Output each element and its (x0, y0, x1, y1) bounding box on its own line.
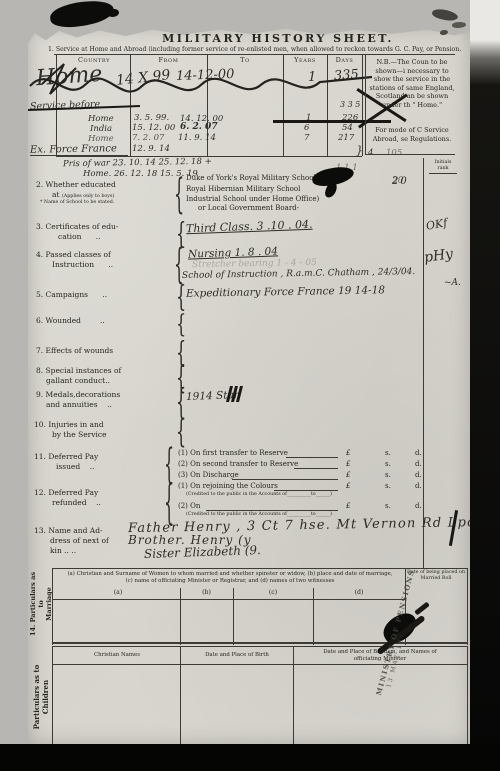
dots: .. (100, 316, 105, 325)
strike-line (273, 120, 391, 123)
pence: d. (415, 502, 422, 510)
table-border (52, 568, 53, 645)
section9-label: 9. Medals,decorations (36, 390, 120, 399)
section-number: 13. (34, 526, 46, 535)
pence: d. (415, 482, 422, 490)
shillings: s. (385, 482, 391, 490)
marriage-header: (c) name of officiating Minister or Regi… (60, 578, 400, 584)
pence: d. (415, 449, 422, 457)
service-overflow: Pris of war 23. 10. 14 25. 12. 18 + (63, 157, 212, 170)
section12-label: 12. Deferred Pay (34, 488, 98, 497)
section-number: 9. (36, 390, 43, 399)
service-entry: 11. 9. 14 (178, 133, 216, 143)
ink-blot (108, 9, 119, 17)
service-entry: } (356, 144, 363, 157)
service-entry: 6. 2. 07 (180, 122, 218, 132)
section-text: issued (56, 462, 80, 471)
service-entry: 15. 12. 00 (132, 123, 175, 133)
service-entry: 54 (342, 123, 353, 133)
table-border (52, 646, 53, 746)
section8-label: 8. Special instances of (36, 366, 121, 375)
section-number: 6. (36, 316, 43, 325)
service-entry: 105 (386, 148, 402, 158)
section-number: 7. (36, 346, 43, 355)
marriage-col-c: (c) (233, 589, 313, 596)
dots: .. (108, 260, 113, 269)
scanned-document: MILITARY HISTORY SHEET. 1. Service at Ho… (0, 0, 500, 771)
scan-bottom-edge (0, 744, 500, 771)
section-number: 3. (36, 222, 43, 231)
section9-label: and annuities .. (46, 400, 112, 409)
smudge (452, 22, 466, 28)
brace: { (176, 413, 186, 451)
nb-box-border (365, 54, 366, 154)
section13-label: 13. Name and Ad- (34, 526, 103, 535)
section-text: Special instances of (46, 366, 122, 375)
dots: .. (96, 498, 101, 507)
table-divider (180, 646, 181, 746)
section13-label: dress of next of (50, 536, 109, 545)
ink-streak (414, 602, 430, 616)
section2-label: 2. Whether educated (36, 180, 116, 189)
deferred-item: (1) On first transfer to Reserve (178, 449, 288, 457)
pounds: £ (346, 460, 350, 468)
section-text: Certificates of edu- (46, 222, 119, 231)
section6-label: 6. Wounded .. (36, 316, 105, 325)
table-divider (180, 588, 181, 645)
children-side-label: Particulars as to Children (32, 654, 50, 740)
section-text: Whether educated (46, 180, 116, 189)
credit-note: (Credited to the public in the Accounts … (186, 512, 332, 517)
service-entry: 217 (338, 133, 354, 143)
section-text: at (52, 190, 60, 199)
deferred-item: (1) On rejoining the Colours (178, 482, 278, 490)
initials-box-label: rank (427, 166, 459, 171)
section-text: Wounded (46, 316, 81, 325)
nb-note: For mode of C Service Abroad, se Regulat… (369, 126, 455, 143)
ink-blot (49, 0, 115, 29)
deferred-item: (2) On second transfer to Reserve (178, 460, 298, 468)
school-option: Royal Hibernian Military School (186, 185, 300, 193)
brace: { (174, 169, 184, 218)
shillings: s. (385, 460, 391, 468)
service-entry: 6 (304, 123, 309, 133)
shillings: s. (385, 449, 391, 457)
section3-label: cation .. (58, 232, 101, 241)
deferred-item: (3) On Discharge (178, 471, 239, 479)
margin-initials: ~A. (444, 278, 461, 288)
section11-label: 11. Deferred Pay (34, 452, 98, 461)
table-rule (52, 599, 405, 600)
section-number: 2. (36, 180, 43, 189)
section8-label: gallant conduct.. (46, 376, 110, 385)
section4-label: Instruction .. (52, 260, 113, 269)
section10-label: 10. Injuries in and (34, 420, 104, 429)
side-label-text: 14. Particulars as to (29, 572, 45, 636)
marriage-col-a: (a) (88, 589, 148, 596)
section-text: Name and Ad- (48, 526, 102, 535)
service-entry: Home (88, 114, 114, 124)
marriage-side-label: 14. Particulars as toMarriage (29, 569, 53, 639)
section1-heading: 1. Service at Home and Abroad (including… (48, 46, 461, 53)
section-text: Injuries in and (48, 420, 103, 429)
underline (30, 155, 128, 156)
initials-column-line (423, 158, 424, 568)
nb-note: N.B.—The Coun to be shown—i necessary to… (369, 58, 455, 109)
section11-label: issued .. (56, 462, 95, 471)
pounds: £ (346, 482, 350, 490)
page-title: MILITARY HISTORY SHEET. (138, 32, 418, 45)
table-rule (52, 642, 467, 644)
children-col-birth: Date and Place of Birth (183, 652, 291, 658)
section-text: refunded (52, 498, 87, 507)
children-col-baptism: officiating Minister (296, 656, 464, 662)
section-number: 10. (34, 420, 46, 429)
section-text: Deferred Pay (48, 452, 98, 461)
next-of-kin-entry: Sister Elizabeth (9. (144, 543, 261, 561)
section10-label: by the Service (52, 430, 107, 439)
handwritten-number: 20 (392, 176, 409, 187)
section-text: Campaigns (46, 290, 88, 299)
section-number: 12. (34, 488, 46, 497)
brace: { (176, 308, 186, 338)
section-number: 8. (36, 366, 43, 375)
section-text: Passed classes of (46, 250, 111, 259)
pounds: £ (346, 471, 350, 479)
section-text: cation (58, 232, 81, 241)
fill-line (206, 510, 338, 511)
section3-label: 3. Certificates of edu- (36, 222, 118, 231)
dots: .. (102, 290, 107, 299)
section4-label: 4. Passed classes of (36, 250, 111, 259)
section-note: (Applies only to boys) (62, 194, 114, 199)
section-number: 4. (36, 250, 43, 259)
dots: .. (96, 232, 101, 241)
dots: .. (107, 400, 112, 409)
section2-note: * Name of School to be stated. (40, 200, 114, 205)
nb-box-border (365, 154, 455, 155)
section-number: 11. (34, 452, 46, 461)
credit-note: (Credited to the public in the Accounts … (186, 492, 332, 497)
smudge (431, 7, 459, 23)
ministry-stamp: MINISTRY OF PENSIONS 13 MAY 19 (374, 568, 423, 698)
section2-label: at (Applies only to boys) (52, 190, 114, 199)
pounds: £ (346, 502, 350, 510)
scribble-strike (28, 60, 373, 108)
deferred-item: (2) On (178, 502, 200, 510)
section-text: Instruction (52, 260, 94, 269)
service-entry: 4 (368, 148, 373, 158)
table-rule (52, 664, 467, 665)
service-entry: 3. 5. 99. (134, 113, 169, 123)
margin-initials: pHy (423, 246, 454, 266)
section5-label: 5. Campaigns .. (36, 290, 107, 299)
section-number: 5. (36, 290, 43, 299)
section-text: Effects of wounds (46, 346, 114, 355)
service-entry: 12. 9. 14 (132, 144, 170, 154)
handwritten-entry: Third Class. 3 .10 . 04. (186, 218, 313, 235)
fill-line (274, 490, 338, 491)
table-rule (52, 646, 467, 647)
table-divider (233, 588, 234, 645)
table-divider (293, 646, 294, 746)
table-divider (313, 588, 314, 645)
school-option: Duke of York's Royal Military School (186, 174, 316, 182)
initials-box-label: Initials (427, 160, 459, 165)
handwritten-entry: Expeditionary Force France 19 14-18 (186, 284, 385, 299)
section-text: Medals,decorations (46, 390, 121, 399)
table-border (467, 568, 468, 645)
dots: .. (90, 462, 95, 471)
section-text: Deferred Pay (48, 488, 98, 497)
section12-label: refunded .. (52, 498, 101, 507)
pounds: £ (346, 449, 350, 457)
service-entry: India (90, 124, 112, 134)
fill-line (232, 479, 338, 480)
children-col-names: Christian Names (56, 652, 178, 658)
table-border (467, 646, 468, 746)
service-entry: Ex. Force France (30, 143, 117, 156)
school-option: or Local Government Board- (198, 204, 299, 212)
shillings: s. (385, 502, 391, 510)
scan-right-edge (470, 0, 500, 771)
fill-line (294, 468, 338, 469)
fill-line (286, 457, 338, 458)
section13-label: kin .. .. (50, 546, 76, 555)
school-option: Industrial School under Home Office) (186, 195, 319, 203)
margin-initials: OKf (425, 216, 448, 233)
pence: d. (415, 471, 422, 479)
section7-label: 7. Effects of wounds (36, 346, 113, 355)
section-text: and annuities (46, 400, 98, 409)
paper-sheet: MILITARY HISTORY SHEET. 1. Service at Ho… (28, 26, 472, 746)
marriage-col-d: (d) (313, 589, 405, 596)
pence: d. (415, 460, 422, 468)
underline (429, 173, 457, 174)
shillings: s. (385, 471, 391, 479)
service-entry: 7 (304, 133, 309, 143)
service-entry: 7. 2. 07 (132, 133, 164, 143)
marriage-header: (a) Christian and Surname of Women to wh… (60, 571, 400, 577)
marriage-col-b: (b) (180, 589, 233, 596)
